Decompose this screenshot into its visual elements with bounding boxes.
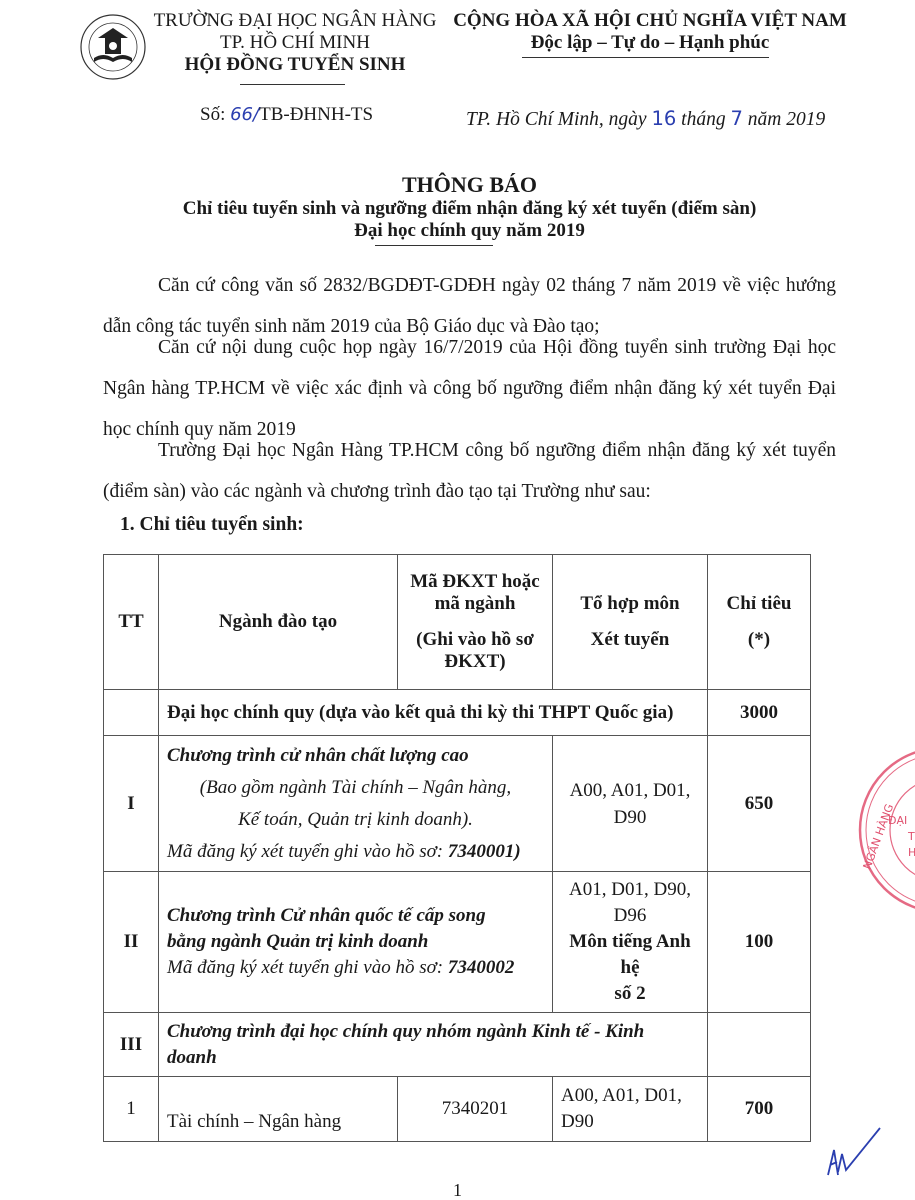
header-left-rule bbox=[240, 84, 345, 85]
combo-header-l1: Tổ hợp môn bbox=[561, 593, 699, 615]
doc-number-handwritten: 66 bbox=[230, 104, 253, 125]
university-logo-icon bbox=[78, 12, 148, 82]
row-II-title-l1: Chương trình Cử nhân quốc tế cấp song bbox=[167, 903, 544, 929]
row-II-combo-note-l2: số 2 bbox=[561, 981, 699, 1007]
row-1-code: 7340201 bbox=[398, 1077, 553, 1142]
col-header-combo: Tổ hợp môn Xét tuyển bbox=[553, 555, 708, 690]
header-right-rule bbox=[522, 57, 769, 58]
doc-subtitle-2: Đại học chính quy năm 2019 bbox=[103, 220, 836, 242]
row-II-program: Chương trình Cử nhân quốc tế cấp song bằ… bbox=[159, 872, 553, 1013]
row-1-quota: 700 bbox=[708, 1077, 811, 1142]
org-name-line2: TP. HỒ CHÍ MINH bbox=[150, 32, 440, 54]
row-III-quota bbox=[708, 1013, 811, 1077]
table-row: 1 Tài chính – Ngân hàng 7340201 A00, A01… bbox=[104, 1077, 811, 1142]
table-row: Đại học chính quy (dựa vào kết quả thi k… bbox=[104, 690, 811, 736]
quota-header-l1: Chỉ tiêu bbox=[716, 593, 802, 615]
official-stamp-icon: ĐẠI T H NGÂN HÀNG bbox=[852, 740, 915, 920]
col-header-quota: Chỉ tiêu (*) bbox=[708, 555, 811, 690]
doc-number-prefix: Số: bbox=[200, 104, 225, 125]
table-row: I Chương trình cử nhân chất lượng cao (B… bbox=[104, 736, 811, 872]
title-rule bbox=[375, 245, 493, 246]
page-number: 1 bbox=[0, 1180, 915, 1200]
row-III-title-l1: Chương trình đại học chính quy nhóm ngàn… bbox=[167, 1019, 699, 1045]
row-I-tt: I bbox=[104, 736, 159, 872]
code-header-l3: (Ghi vào hồ sơ bbox=[406, 629, 544, 651]
combo-header-l2: Xét tuyển bbox=[561, 629, 699, 651]
date-month: 7 bbox=[730, 107, 742, 130]
code-header-l2: mã ngành bbox=[406, 593, 544, 615]
row-II-title-l2: bằng ngành Quản trị kinh doanh bbox=[167, 929, 544, 955]
row-I-code-label: Mã đăng ký xét tuyển ghi vào hồ sơ: bbox=[167, 841, 443, 862]
signature-initials-icon bbox=[820, 1120, 890, 1180]
col-header-code: Mã ĐKXT hoặc mã ngành (Ghi vào hồ sơ ĐKX… bbox=[398, 555, 553, 690]
row-I-code: 7340001) bbox=[448, 841, 521, 862]
col-header-major: Ngành đào tạo bbox=[159, 555, 398, 690]
row-II-combo-l1: A01, D01, D90, bbox=[561, 877, 699, 903]
row-I-combo-l1: A00, A01, D01, bbox=[561, 777, 699, 804]
code-header-l4: ĐKXT) bbox=[406, 651, 544, 673]
row-II-code: 7340002 bbox=[448, 957, 515, 978]
row-I-line2: (Bao gồm ngành Tài chính – Ngân hàng, bbox=[167, 772, 544, 804]
date-year-label: năm 2019 bbox=[748, 109, 825, 130]
date-month-label: tháng bbox=[681, 109, 725, 130]
row-II-tt: II bbox=[104, 872, 159, 1013]
row-III-program: Chương trình đại học chính quy nhóm ngàn… bbox=[159, 1013, 708, 1077]
doc-date: TP. Hồ Chí Minh, ngày 16 tháng 7 năm 201… bbox=[466, 107, 825, 131]
svg-text:H: H bbox=[908, 846, 915, 859]
row-I-program: Chương trình cử nhân chất lượng cao (Bao… bbox=[159, 736, 553, 872]
row-1-combo: A00, A01, D01, D90 bbox=[553, 1077, 708, 1142]
table-header-row: TT Ngành đào tạo Mã ĐKXT hoặc mã ngành (… bbox=[104, 555, 811, 690]
row-1-combo-l2: D90 bbox=[561, 1109, 699, 1135]
row-II-combo-l2: D96 bbox=[561, 903, 699, 929]
summary-quota: 3000 bbox=[708, 690, 811, 736]
nation-motto: Độc lập – Tự do – Hạnh phúc bbox=[440, 32, 860, 54]
row-I-title: Chương trình cử nhân chất lượng cao bbox=[167, 740, 544, 772]
row-I-quota: 650 bbox=[708, 736, 811, 872]
row-II-code-label: Mã đăng ký xét tuyển ghi vào hồ sơ: bbox=[167, 957, 443, 978]
row-III-title-l2: doanh bbox=[167, 1045, 699, 1071]
row-II-combo-note-l1: Môn tiếng Anh hệ bbox=[561, 929, 699, 981]
summary-label: Đại học chính quy (dựa vào kết quả thi k… bbox=[159, 690, 708, 736]
svg-text:T: T bbox=[907, 830, 915, 843]
doc-number-suffix: TB-ĐHNH-TS bbox=[259, 104, 373, 125]
row-I-combo-l2: D90 bbox=[561, 804, 699, 831]
table-row: II Chương trình Cử nhân quốc tế cấp song… bbox=[104, 872, 811, 1013]
quota-header-l2: (*) bbox=[716, 629, 802, 651]
org-department: HỘI ĐỒNG TUYỂN SINH bbox=[150, 54, 440, 76]
doc-title: THÔNG BÁO bbox=[103, 172, 836, 198]
row-1-major: Tài chính – Ngân hàng bbox=[159, 1077, 398, 1142]
row-II-quota: 100 bbox=[708, 872, 811, 1013]
row-1-tt: 1 bbox=[104, 1077, 159, 1142]
row-I-combo: A00, A01, D01, D90 bbox=[553, 736, 708, 872]
summary-tt bbox=[104, 690, 159, 736]
row-1-combo-l1: A00, A01, D01, bbox=[561, 1083, 699, 1109]
org-name-line1: TRƯỜNG ĐẠI HỌC NGÂN HÀNG bbox=[150, 10, 440, 32]
code-header-l1: Mã ĐKXT hoặc bbox=[406, 571, 544, 593]
nation-name: CỘNG HÒA XÃ HỘI CHỦ NGHĨA VIỆT NAM bbox=[440, 10, 860, 32]
col-header-tt: TT bbox=[104, 555, 159, 690]
date-prefix: TP. Hồ Chí Minh, ngày bbox=[466, 109, 647, 130]
row-III-tt: III bbox=[104, 1013, 159, 1077]
row-I-line3: Kế toán, Quản trị kinh doanh). bbox=[167, 804, 544, 836]
paragraph-announcement: Trường Đại học Ngân Hàng TP.HCM công bố … bbox=[103, 430, 836, 512]
doc-subtitle-1: Chỉ tiêu tuyển sinh và ngưỡng điểm nhận … bbox=[103, 198, 836, 220]
date-day: 16 bbox=[651, 107, 676, 130]
section-heading-quota: 1. Chỉ tiêu tuyển sinh: bbox=[120, 514, 304, 536]
doc-number: Số: 66/TB-ĐHNH-TS bbox=[200, 104, 373, 126]
row-II-combo: A01, D01, D90, D96 Môn tiếng Anh hệ số 2 bbox=[553, 872, 708, 1013]
quota-table: TT Ngành đào tạo Mã ĐKXT hoặc mã ngành (… bbox=[103, 554, 811, 1142]
table-row: III Chương trình đại học chính quy nhóm … bbox=[104, 1013, 811, 1077]
